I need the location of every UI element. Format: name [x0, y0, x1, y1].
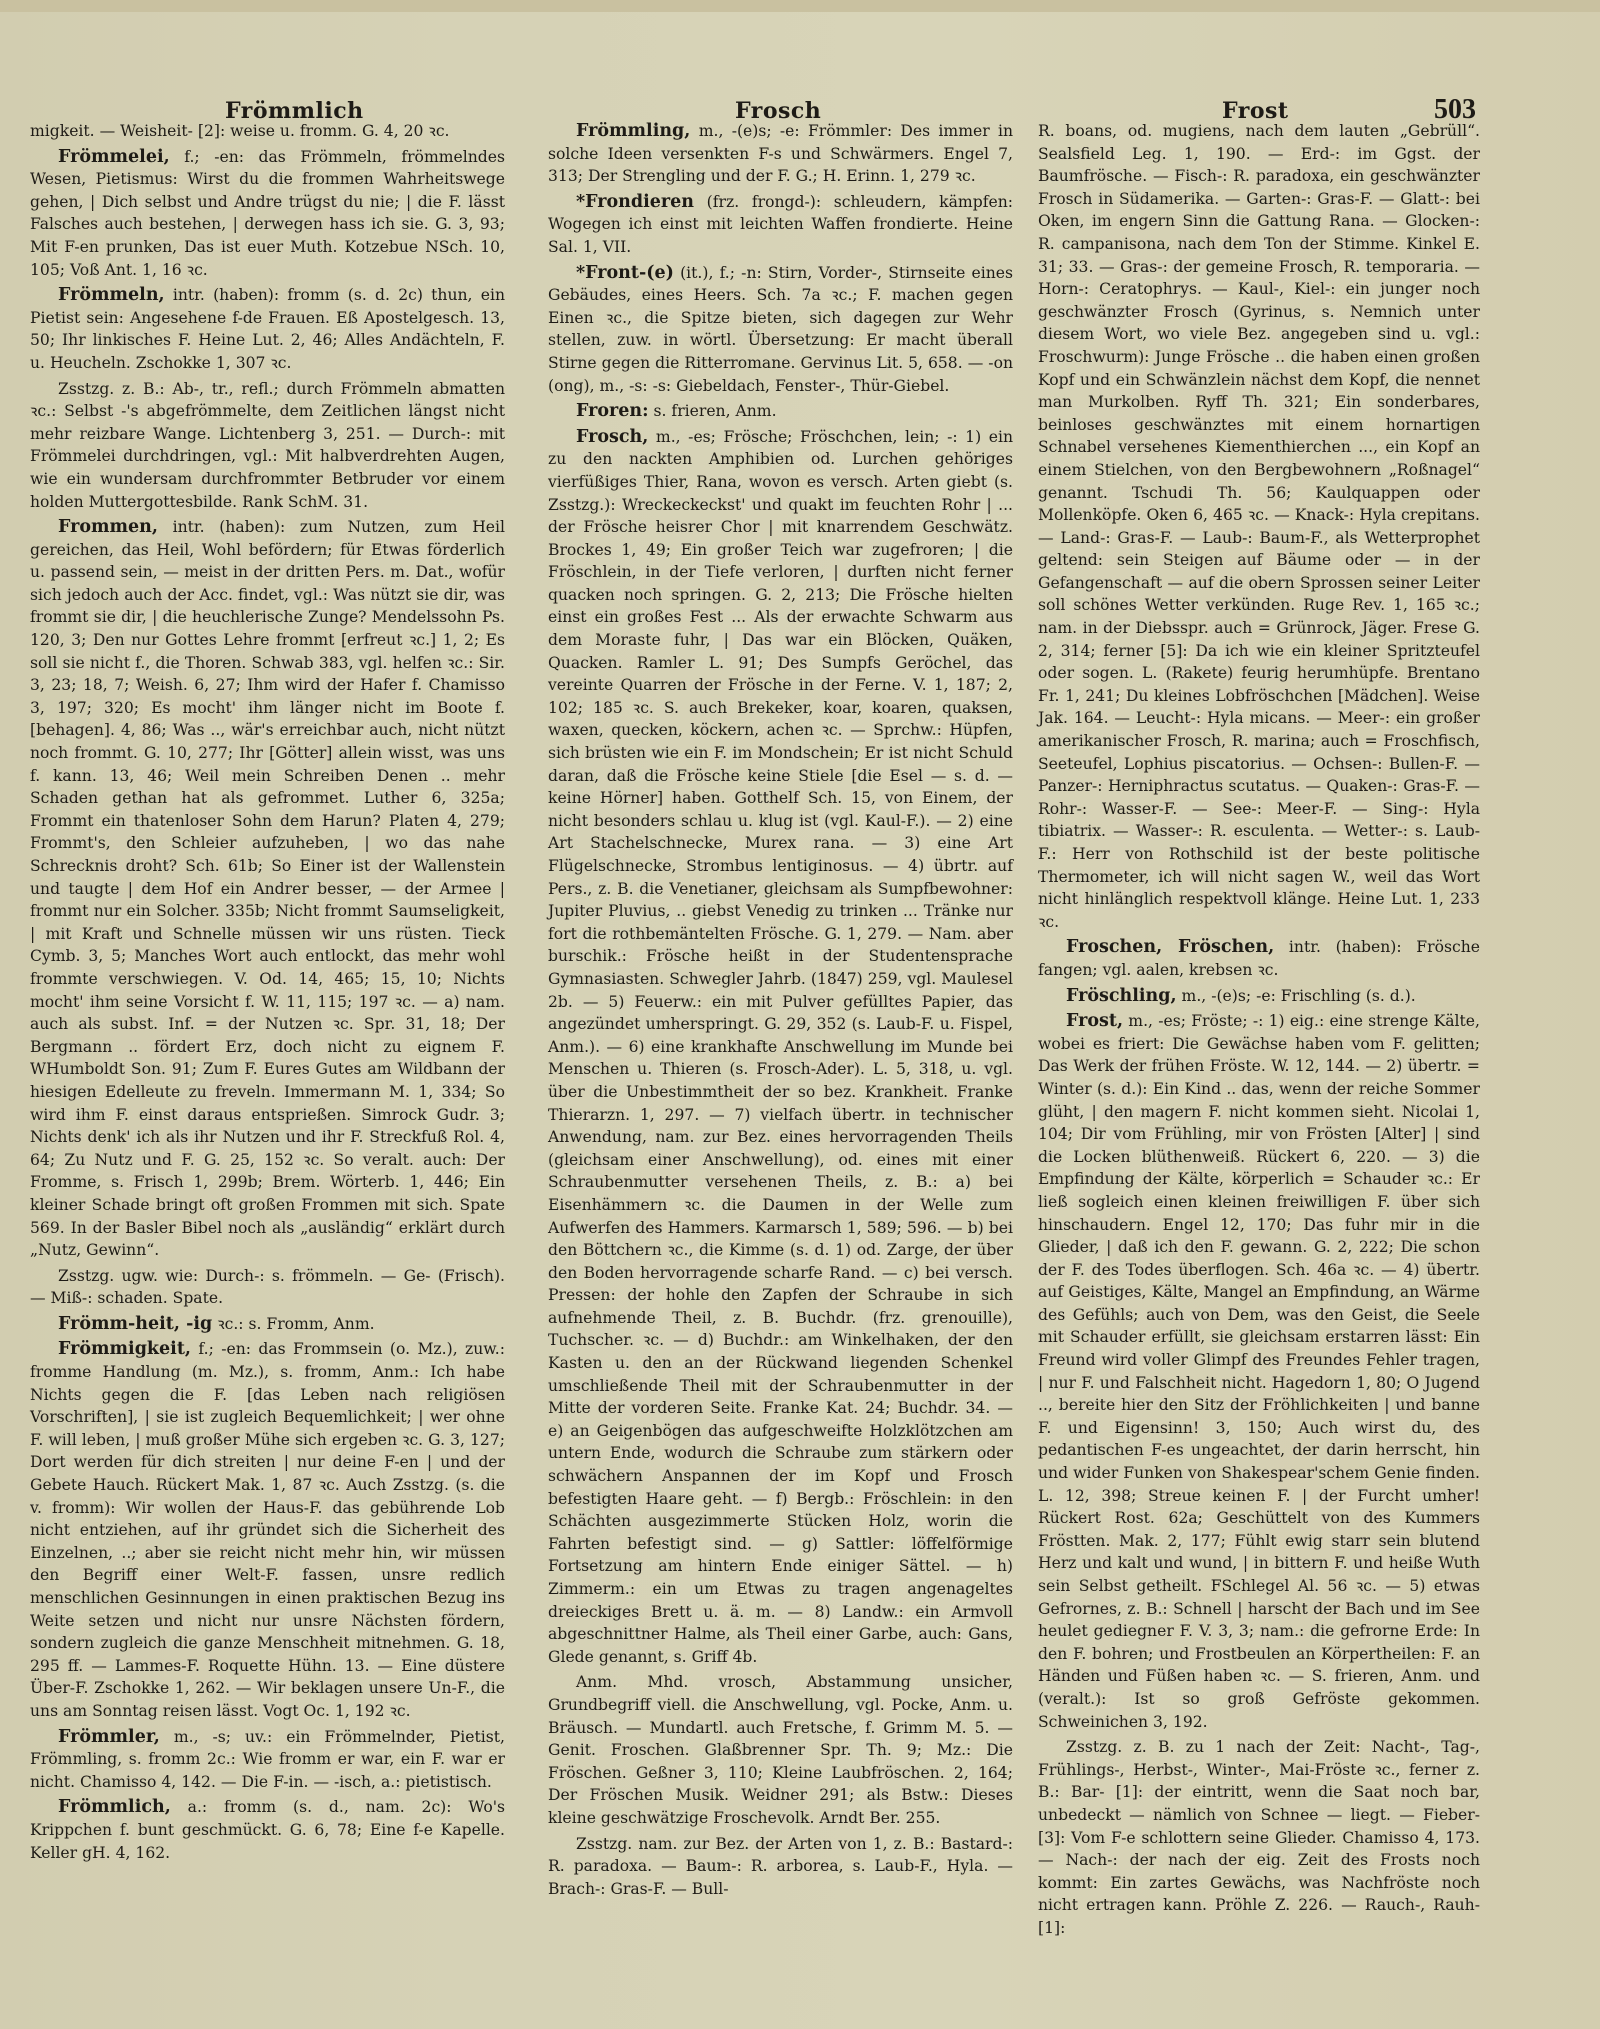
dictionary-entry: Frosch, m., -es; Frösche; Fröschchen, le…: [548, 426, 1013, 1669]
column-right: R. boans, od. mugiens, nach dem lauten „…: [1038, 120, 1480, 1943]
entry-lemma: Frömmling,: [576, 121, 690, 141]
entry-lemma: Froschen, Fröschen,: [1066, 937, 1274, 957]
entry-text: m., -es; Fröste; -: 1) eig.: eine streng…: [1038, 1012, 1480, 1730]
entry-lemma: Frost,: [1066, 1011, 1123, 1031]
dictionary-entry: Froren: s. frieren, Anm.: [548, 400, 1013, 423]
dictionary-entry: Frömm-heit, -ig ꝛc.: s. Fromm, Anm.: [30, 1313, 505, 1336]
entry-lemma: Frömm-heit, -ig: [58, 1314, 212, 1334]
entry-text: f.; -en: das Frömmeln, frömmelndes Wesen…: [30, 148, 505, 279]
entry-lemma: Fröschling,: [1066, 986, 1177, 1006]
page-edge: [0, 0, 1600, 12]
dictionary-entry: migkeit. — Weisheit- [2]: weise u. fromm…: [30, 120, 505, 143]
entry-lemma: *Frondieren: [576, 192, 694, 212]
dictionary-entry: Frömmler, m., -s; uv.: ein Frömmelnder, …: [30, 1726, 505, 1794]
dictionary-entry: Frömmelei, f.; -en: das Frömmeln, frömme…: [30, 146, 505, 282]
entry-text: Anm. Mhd. vrosch, Abstammung unsicher, G…: [548, 1673, 1013, 1827]
dictionary-entry: Fröschling, m., -(e)s; -e: Frischling (s…: [1038, 985, 1480, 1008]
entry-text: R. boans, od. mugiens, nach dem lauten „…: [1038, 122, 1480, 931]
entry-text: Zsstzg. z. B.: Ab-, tr., refl.; durch Fr…: [30, 380, 505, 511]
entry-text: m., -(e)s; -e: Frischling (s. d.).: [1177, 987, 1416, 1005]
entry-lemma: Frömmelei,: [58, 147, 170, 167]
dictionary-entry: Froschen, Fröschen, intr. (haben): Frösc…: [1038, 936, 1480, 981]
entry-text: Zsstzg. z. B. zu 1 nach der Zeit: Nacht-…: [1038, 1738, 1480, 1937]
dictionary-entry: Frömmigkeit, f.; -en: das Frommsein (o. …: [30, 1338, 505, 1722]
entry-lemma: Frömmigkeit,: [58, 1339, 191, 1359]
entry-text: m., -es; Frösche; Fröschchen, lein; -: 1…: [548, 428, 1013, 1666]
column-middle: Frömmling, m., -(e)s; -e: Frömmler: Des …: [548, 120, 1013, 1903]
entry-text: Zsstzg. ugw. wie: Durch-: s. frömmeln. —…: [30, 1267, 505, 1308]
entry-text: ꝛc.: s. Fromm, Anm.: [212, 1315, 374, 1333]
dictionary-entry: *Frondieren (frz. frongd-): schleudern, …: [548, 191, 1013, 259]
entry-text: migkeit. — Weisheit- [2]: weise u. fromm…: [30, 122, 450, 140]
dictionary-entry: Frömmeln, intr. (haben): fromm (s. d. 2c…: [30, 284, 505, 374]
dictionary-entry: R. boans, od. mugiens, nach dem lauten „…: [1038, 120, 1480, 933]
column-left: migkeit. — Weisheit- [2]: weise u. fromm…: [30, 120, 505, 1867]
entry-lemma: Frömmeln,: [58, 285, 165, 305]
dictionary-entry: Zsstzg. z. B. zu 1 nach der Zeit: Nacht-…: [1038, 1736, 1480, 1939]
entry-lemma: Frommen,: [58, 517, 158, 537]
entry-text: f.; -en: das Frommsein (o. Mz.), zuw.: f…: [30, 1340, 505, 1720]
dictionary-entry: Zsstzg. nam. zur Bez. der Arten von 1, z…: [548, 1833, 1013, 1901]
entry-text: s. frieren, Anm.: [649, 402, 777, 420]
dictionary-entry: Frömmlich, a.: fromm (s. d., nam. 2c): W…: [30, 1796, 505, 1864]
dictionary-entry: Frost, m., -es; Fröste; -: 1) eig.: eine…: [1038, 1010, 1480, 1733]
entry-text: intr. (haben): zum Nutzen, zum Heil gere…: [30, 518, 505, 1259]
entry-lemma: Frosch,: [576, 427, 648, 447]
entry-text: Zsstzg. nam. zur Bez. der Arten von 1, z…: [548, 1835, 1013, 1898]
entry-lemma: Froren:: [576, 401, 649, 421]
dictionary-entry: Zsstzg. z. B.: Ab-, tr., refl.; durch Fr…: [30, 378, 505, 514]
dictionary-entry: Anm. Mhd. vrosch, Abstammung unsicher, G…: [548, 1671, 1013, 1829]
entry-lemma: Frömmlich,: [58, 1797, 171, 1817]
dictionary-entry: Zsstzg. ugw. wie: Durch-: s. frömmeln. —…: [30, 1265, 505, 1310]
dictionary-entry: Frommen, intr. (haben): zum Nutzen, zum …: [30, 516, 505, 1262]
dictionary-entry: Frömmling, m., -(e)s; -e: Frömmler: Des …: [548, 120, 1013, 188]
entry-lemma: Frömmler,: [58, 1727, 160, 1747]
entry-text: (it.), f.; -n: Stirn, Vorder-, Stirnseit…: [548, 264, 1013, 395]
dictionary-entry: *Front-(e) (it.), f.; -n: Stirn, Vorder-…: [548, 262, 1013, 398]
entry-lemma: *Front-(e): [576, 263, 674, 283]
